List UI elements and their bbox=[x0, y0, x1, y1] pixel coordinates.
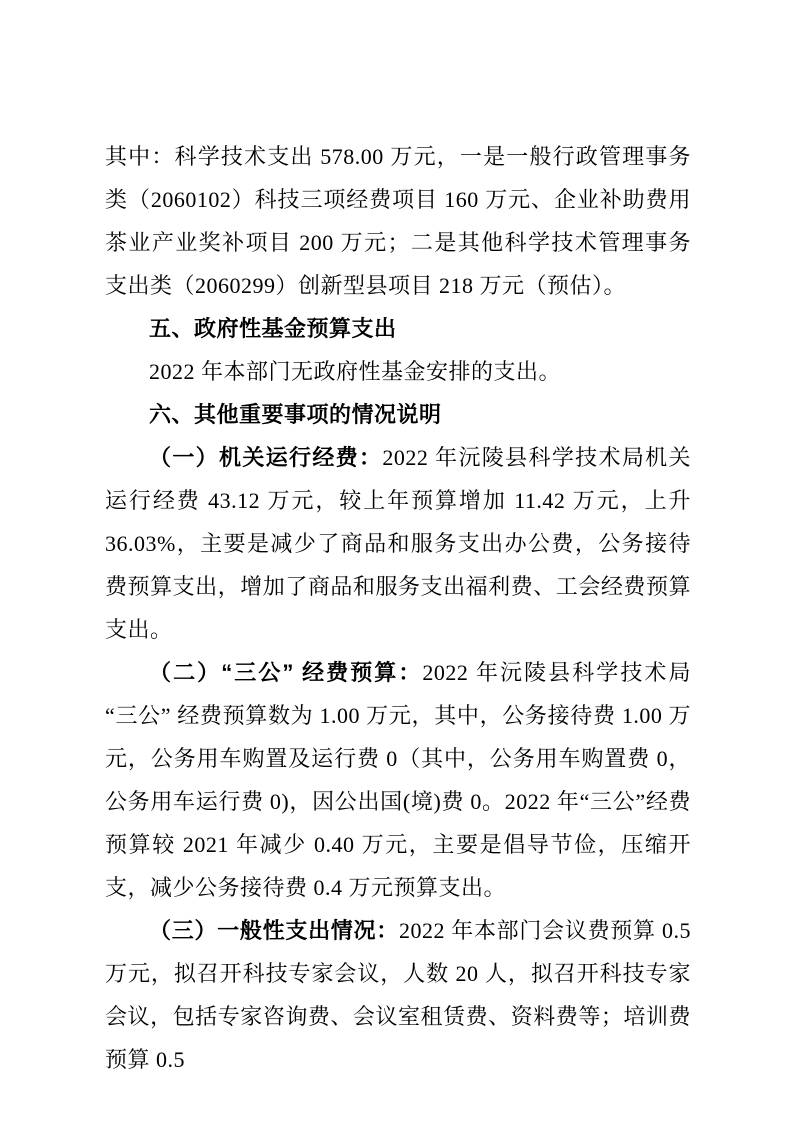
item-2-text: 2022 年沅陵县科学技术局 “三公” 经费预算数为 1.00 万元，其中，公务… bbox=[105, 660, 691, 900]
document-content: 其中：科学技术支出 578.00 万元，一是一般行政管理事务类（2060102）… bbox=[105, 135, 691, 1081]
carryover-paragraph: 其中：科学技术支出 578.00 万元，一是一般行政管理事务类（2060102）… bbox=[105, 135, 691, 307]
item-2-lead: （二）“三公” 经费预算： bbox=[149, 660, 422, 685]
document-page: 其中：科学技术支出 578.00 万元，一是一般行政管理事务类（2060102）… bbox=[0, 0, 793, 1122]
item-1-paragraph: （一）机关运行经费：2022 年沅陵县科学技术局机关运行经费 43.12 万元，… bbox=[105, 436, 691, 651]
item-2-paragraph: （二）“三公” 经费预算：2022 年沅陵县科学技术局 “三公” 经费预算数为 … bbox=[105, 651, 691, 909]
item-3-lead: （三）一般性支出情况： bbox=[149, 918, 399, 943]
item-1-lead: （一）机关运行经费： bbox=[149, 445, 382, 470]
section-5-heading: 五、政府性基金预算支出 bbox=[105, 307, 691, 350]
item-1-text: 2022 年沅陵县科学技术局机关运行经费 43.12 万元，较上年预算增加 11… bbox=[105, 445, 691, 642]
section-6-heading: 六、其他重要事项的情况说明 bbox=[105, 393, 691, 436]
item-3-paragraph: （三）一般性支出情况：2022 年本部门会议费预算 0.5 万元，拟召开科技专家… bbox=[105, 909, 691, 1081]
section-5-paragraph: 2022 年本部门无政府性基金安排的支出。 bbox=[105, 350, 691, 393]
